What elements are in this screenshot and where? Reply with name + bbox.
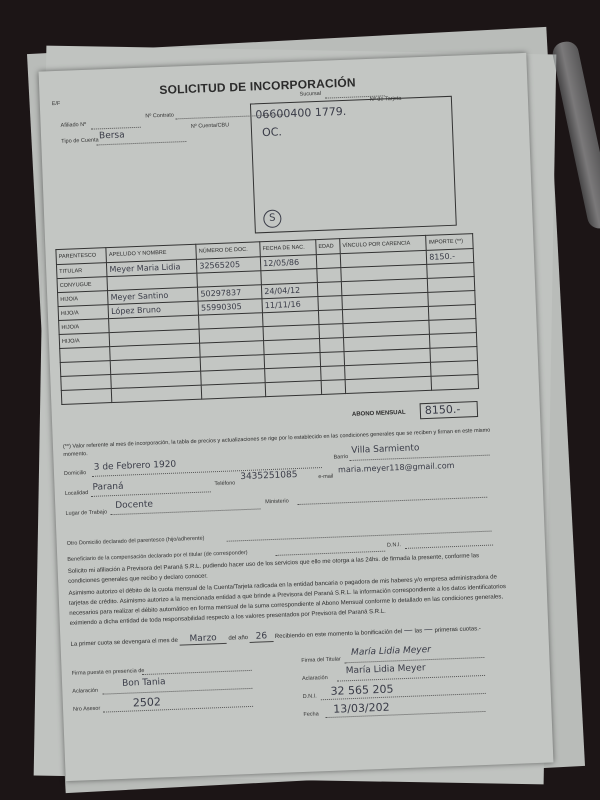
cell-edad (319, 338, 344, 353)
afiliado-label: Afiliado Nº (61, 122, 87, 129)
barrio-label: Barrio (333, 454, 348, 461)
tipo-cuenta-label: Tipo de Cuenta (61, 137, 99, 144)
nro-asesor-value: 2502 (133, 695, 161, 709)
tipo-cuenta-value: Bersa (99, 130, 125, 141)
cell-edad (318, 310, 343, 325)
abono-mensual-box: 8150.- (420, 401, 479, 419)
cbu-note: OC. (262, 125, 282, 139)
trabajo-value: Docente (115, 500, 153, 511)
cell-vinculo (345, 376, 432, 393)
circled-mark: S (263, 209, 282, 228)
cbu-value: 06600400 1779. (255, 105, 346, 121)
sucursal-label: Sucursal (300, 91, 322, 98)
otro-domicilio-label: Otro Domicilio declarado del parentesco … (67, 536, 205, 547)
telefono-label: Teléfono (214, 480, 235, 487)
corner-code: E/F (52, 101, 61, 107)
pen (551, 39, 600, 230)
contrato-label: Nº Contrato (145, 112, 174, 119)
firma-titular-label: Firma del Titular (301, 656, 341, 664)
aclaracion-titular-label: Aclaración (302, 675, 328, 682)
anio-value: 26 (250, 631, 274, 643)
domicilio-label: Domicilio (64, 470, 87, 477)
barrio-value: Villa Sarmiento (351, 443, 419, 456)
cell-edad (317, 268, 342, 283)
mes-value: Marzo (179, 633, 227, 646)
trabajo-label: Lugar de Trabajo (65, 509, 107, 517)
firma-titular-value: María Lidia Meyer (351, 645, 431, 658)
dni-titular-label: D.N.I. (303, 693, 317, 700)
email-value: maria.meyer118@gmail.com (338, 461, 455, 474)
telefono-value: 3435251085 (240, 470, 298, 482)
aclaracion-asesor-value: Bon Tania (122, 677, 166, 689)
fecha-value: 13/03/202 (333, 701, 390, 716)
cell-edad (321, 366, 346, 381)
email-label: e-mail (318, 474, 333, 481)
form-sheet: E/F SOLICITUD DE INCORPORACIÓN Sucursal … (39, 53, 554, 781)
cell-edad (321, 380, 346, 395)
cell-nombre (112, 385, 202, 402)
domicilio-value: 3 de Febrero 1920 (94, 460, 177, 473)
abono-mensual-value: 8150.- (425, 403, 461, 417)
footnote: (**) Valor referente al mes de incorpora… (63, 426, 503, 459)
cell-edad (320, 352, 345, 367)
abono-mensual-label: ABONO MENSUAL (352, 410, 406, 418)
cell-doc (201, 383, 265, 399)
cbu-box: 06600400 1779. OC. S (250, 96, 457, 234)
cuenta-cbu-label: Nº Cuenta/CBU (191, 122, 230, 129)
localidad-value: Paraná (92, 482, 123, 493)
cell-edad (317, 282, 342, 297)
nro-asesor-label: Nro Asesor (73, 706, 100, 713)
aclaracion-titular-value: María Lidia Meyer (346, 663, 426, 676)
members-table: PARENTESCOAPELLIDO Y NOMBRENÚMERO DE DOC… (55, 233, 479, 405)
cell-parentesco (61, 389, 112, 405)
dni-beneficiario-label: D.N.I. (387, 542, 401, 549)
cell-fecha (265, 381, 321, 397)
cell-edad (318, 296, 343, 311)
aclaracion-asesor-label: Aclaración (72, 688, 98, 695)
cell-edad (316, 254, 341, 269)
cell-edad (319, 324, 344, 339)
form-title: SOLICITUD DE INCORPORACIÓN (159, 75, 356, 97)
fecha-label: Fecha (303, 711, 319, 718)
ministerio-label: Ministerio (265, 498, 289, 505)
presencia-label: Firma puesta en presencia de (72, 668, 145, 677)
localidad-label: Localidad (65, 490, 89, 497)
cell-importe (431, 374, 478, 390)
dni-titular-value: 32 565 205 (330, 682, 393, 697)
column-header: EDAD (316, 239, 341, 255)
